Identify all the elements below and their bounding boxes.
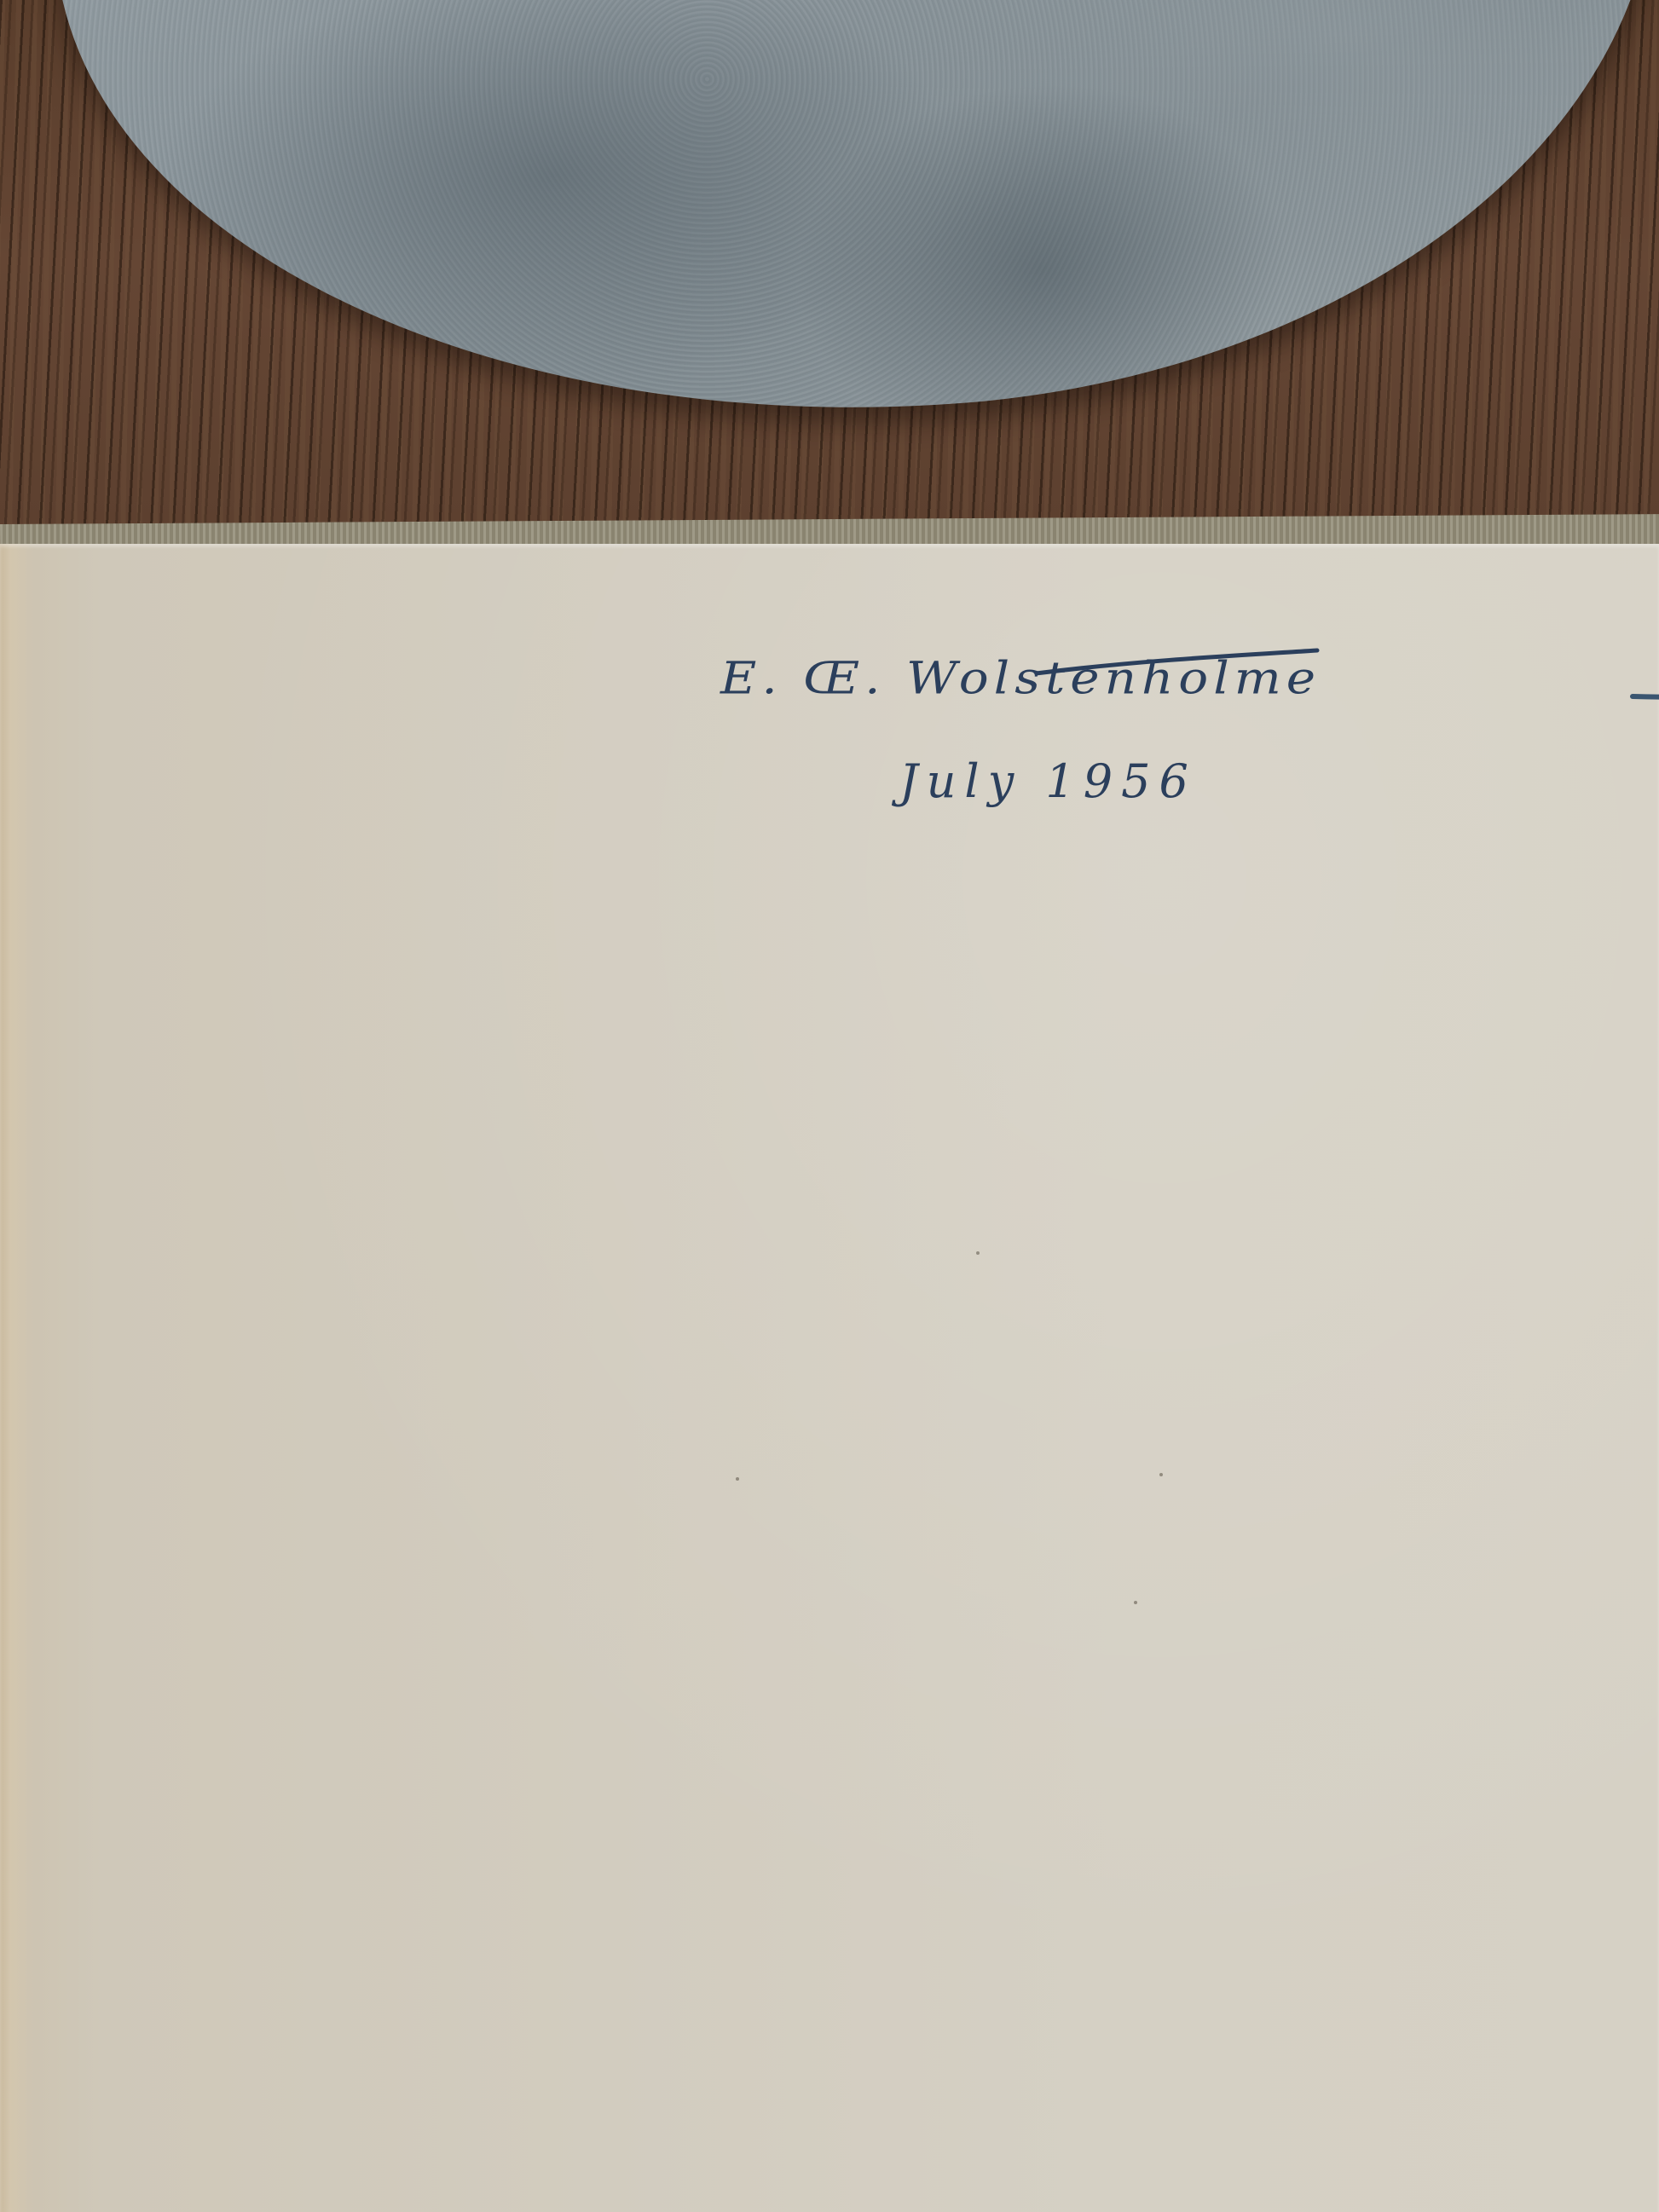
paper-speck <box>1159 1473 1163 1476</box>
inscription-date: July 1956 <box>899 754 1197 808</box>
signature: E. Œ. Wolstenholme <box>720 652 1321 704</box>
photo-scene: E. Œ. Wolstenholme July 1956 <box>0 0 1659 2212</box>
paper-speck <box>1134 1601 1137 1604</box>
paper-speck <box>736 1477 739 1481</box>
paper-speck <box>976 1251 980 1255</box>
book-flyleaf-page <box>0 544 1659 2212</box>
